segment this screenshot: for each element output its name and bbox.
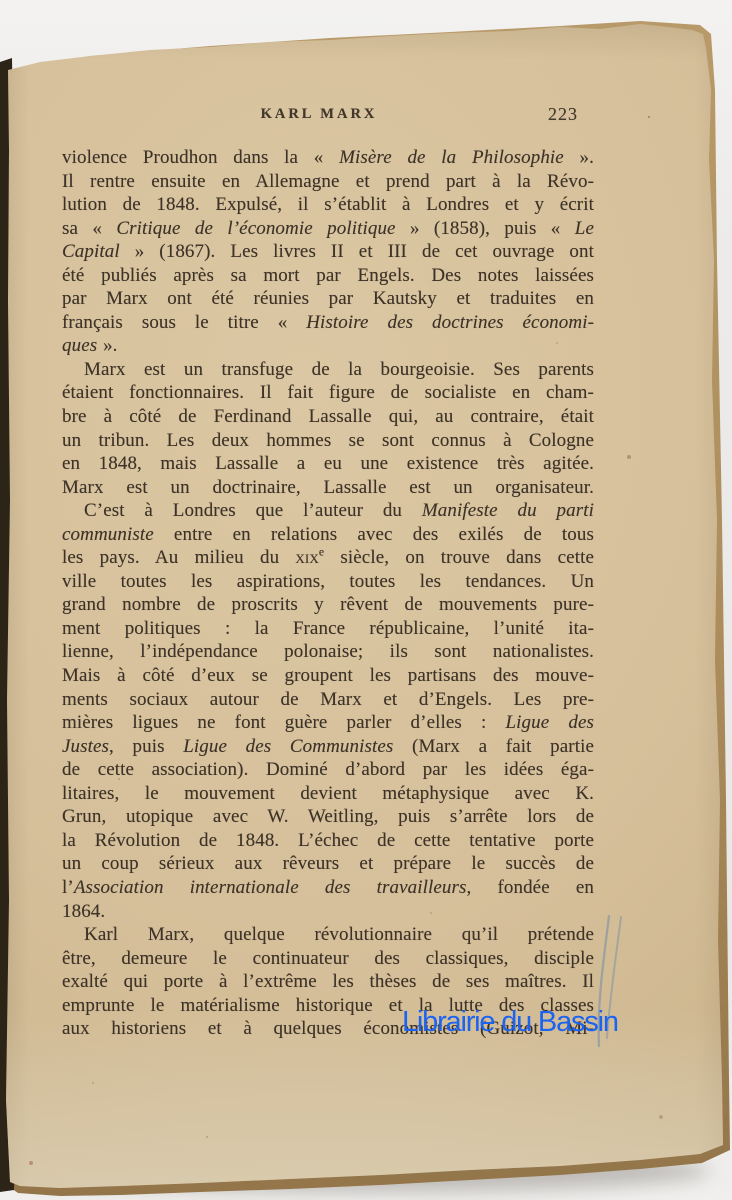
book-photo: KARL MARX 223 violence Proudhon dans la …: [0, 0, 732, 1200]
text-line: violence Proudhon dans la « Misère de la…: [62, 146, 594, 170]
text-line: 1864.: [62, 900, 594, 924]
text-line: ments sociaux autour de Marx et d’Engels…: [62, 688, 594, 712]
text-line: litaires, le mouvement devient métaphysi…: [62, 782, 594, 806]
text-line: l’Association internationale des travail…: [62, 876, 594, 900]
text-line: grand nombre de proscrits y rêvent de mo…: [62, 593, 594, 617]
text-line: un tribun. Les deux hommes se sont connu…: [62, 429, 594, 453]
text-line: Marx est un doctrinaire, Lassalle est un…: [62, 476, 594, 500]
text-line: ment politiques : la France républicaine…: [62, 617, 594, 641]
text-line: de cette association). Dominé d’abord pa…: [62, 758, 594, 782]
text-line: français sous le titre « Histoire des do…: [62, 311, 594, 335]
text-line: en 1848, mais Lassalle a eu une existenc…: [62, 452, 594, 476]
text-line: été publiés après sa mort par Engels. De…: [62, 264, 594, 288]
text-line: Capital » (1867). Les livres II et III d…: [62, 240, 594, 264]
text-line: Marx est un transfuge de la bourgeoisie.…: [62, 358, 594, 382]
text-line: Karl Marx, quelque révolutionnaire qu’il…: [62, 923, 594, 947]
text-line: bre à côté de Ferdinand Lassalle qui, au…: [62, 405, 594, 429]
text-line: ville toutes les aspirations, toutes les…: [62, 570, 594, 594]
paper-specks: [0, 0, 2, 2]
text-line: communiste entre en relations avec des e…: [62, 523, 594, 547]
page-text-block: KARL MARX 223 violence Proudhon dans la …: [62, 104, 594, 1041]
page-header: KARL MARX 223: [62, 104, 594, 126]
text-line: Mais à côté d’eux se groupent les partis…: [62, 664, 594, 688]
text-line: être, demeure le continuateur des classi…: [62, 947, 594, 971]
body-text: violence Proudhon dans la « Misère de la…: [62, 146, 594, 1041]
text-line: C’est à Londres que l’auteur du Manifest…: [62, 499, 594, 523]
running-title: KARL MARX: [261, 106, 378, 123]
page-number: 223: [548, 104, 578, 125]
text-line: lution de 1848. Expulsé, il s’établit à …: [62, 193, 594, 217]
text-line: Justes, puis Ligue des Communistes (Marx…: [62, 735, 594, 759]
text-line: sa « Critique de l’économie politique » …: [62, 217, 594, 241]
text-line: les pays. Au milieu du xixe siècle, on t…: [62, 546, 594, 570]
text-line: mières ligues ne font guère parler d’ell…: [62, 711, 594, 735]
text-line: étaient fonctionnaires. Il fait figure d…: [62, 381, 594, 405]
text-line: la Révolution de 1848. L’échec de cette …: [62, 829, 594, 853]
book-page: KARL MARX 223 violence Proudhon dans la …: [0, 0, 732, 1200]
text-line: Grun, utopique avec W. Weitling, puis s’…: [62, 805, 594, 829]
text-line: Il rentre ensuite en Allemagne et prend …: [62, 170, 594, 194]
watermark-stamp: Librairie du Bassin: [402, 1006, 618, 1039]
text-line: par Marx ont été réunies par Kautsky et …: [62, 287, 594, 311]
text-line: exalté qui porte à l’extrême les thèses …: [62, 970, 594, 994]
text-line: un coup sérieux aux rêveurs et prépare l…: [62, 852, 594, 876]
text-line: lienne, l’indépendance polonaise; ils so…: [62, 640, 594, 664]
text-line: ques ».: [62, 334, 594, 358]
